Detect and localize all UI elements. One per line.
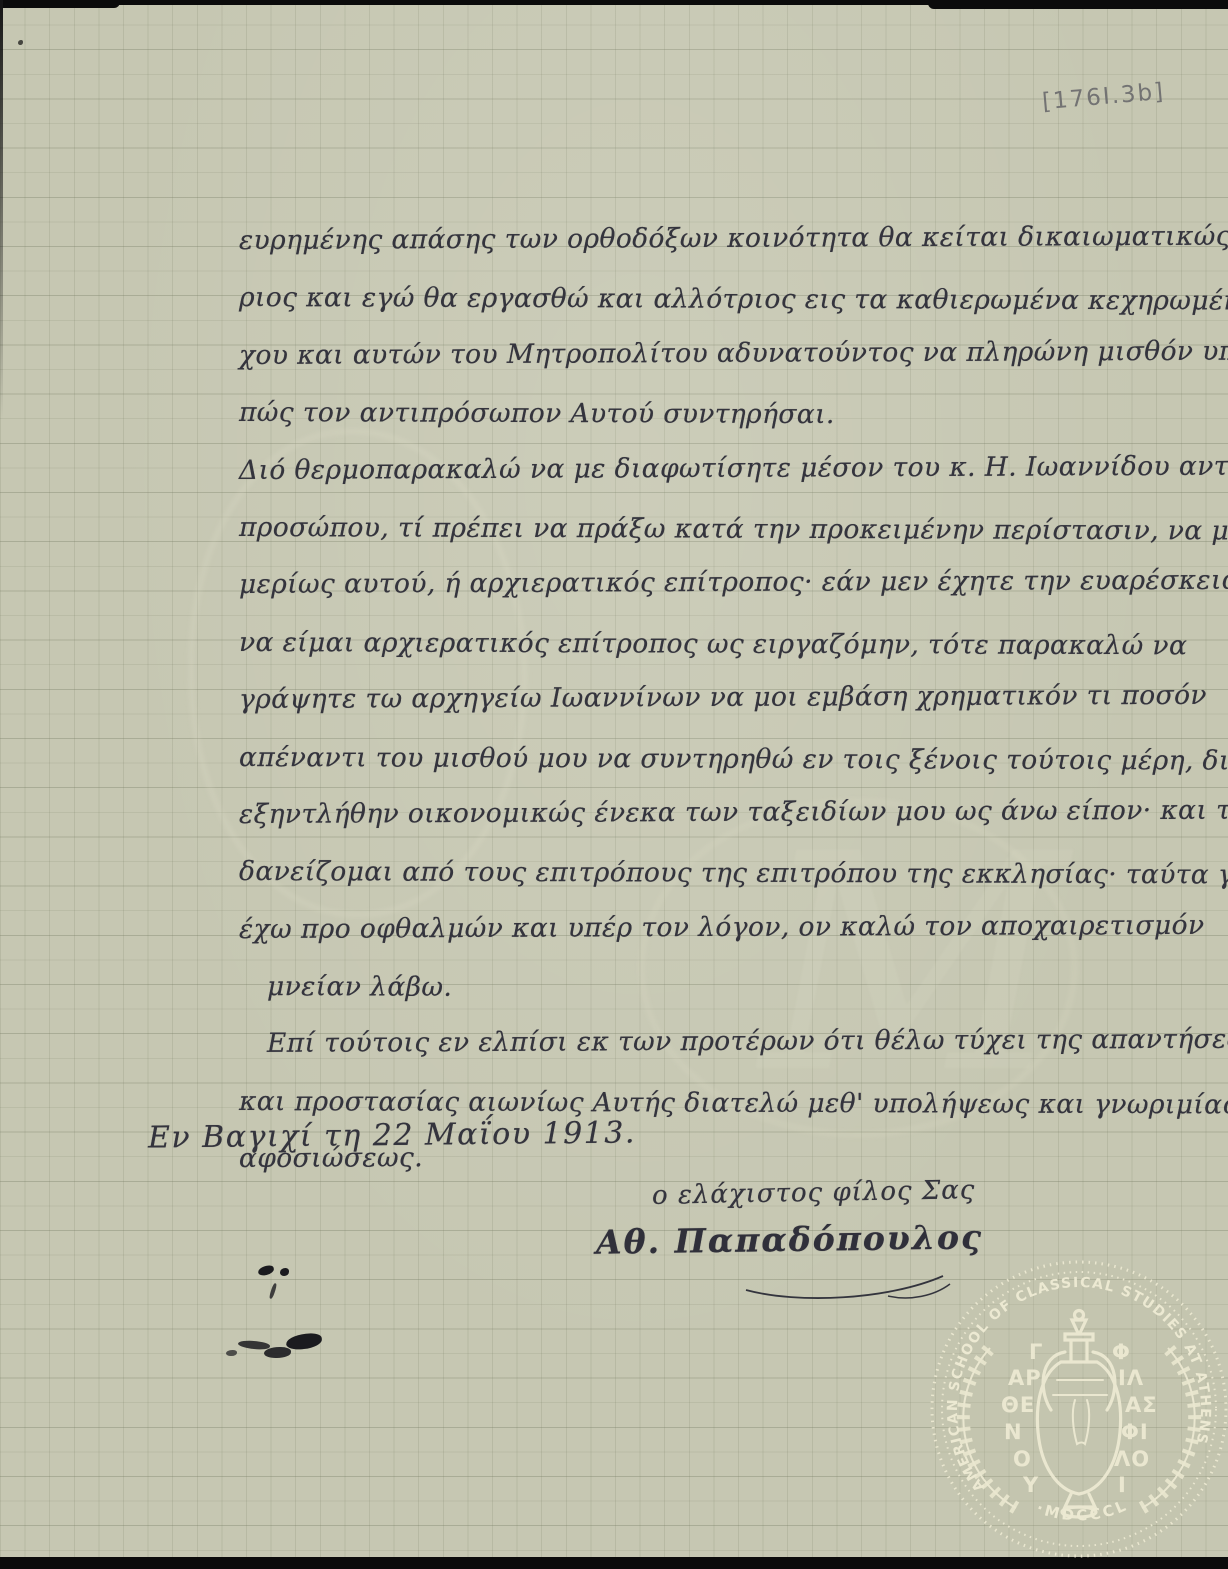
letter-line: έχω προ οφθαλμών και υπέρ τον λόγον, ον …: [239, 896, 1224, 958]
seal-letter: ΙΛ: [1118, 1366, 1144, 1390]
letter-line: χου και αυτών του Μητροπολίτου αδυνατούν…: [239, 322, 1224, 384]
ink-blot: [269, 1283, 278, 1299]
scan-edge-top-left: [0, 0, 120, 8]
letter-body: ευρημένης απάσης των ορθοδόξων κοινότητα…: [239, 212, 1224, 1188]
paper-speck: [18, 40, 23, 45]
letter-line: γράψητε τω αρχηγείω Ιωαννίνων να μοι εμβ…: [239, 667, 1224, 729]
letter-line: Διό θερμοπαρακαλώ να με διαφωτίσητε μέσο…: [239, 437, 1224, 499]
ink-smear: [264, 1347, 291, 1358]
letter-line: ριος και εγώ θα εργασθώ και αλλότριος ει…: [239, 269, 1224, 330]
letter-line: προσώπου, τί πρέπει να πράξω κατά την πρ…: [239, 499, 1224, 560]
letter-dateline: Εν Βαγιχί τη 22 Μαΐου 1913.: [148, 1115, 636, 1155]
seal-letter: Φ: [1112, 1340, 1131, 1364]
seal-letter: Υ: [1022, 1473, 1039, 1497]
letter-line: μνείαν λάβω.: [239, 958, 1224, 1019]
letter-line: εξηντλήθην οικονομικώς ένεκα των ταξειδί…: [239, 782, 1224, 844]
seal-letter: Ι: [1118, 1473, 1127, 1497]
seal-letter: Ν: [1004, 1420, 1023, 1444]
scan-edge-top-right: [928, 0, 1228, 9]
seal-letter: ΛΟ: [1114, 1447, 1150, 1471]
letter-line: ευρημένης απάσης των ορθοδόξων κοινότητα…: [239, 208, 1224, 270]
scanned-letter-page: M [176Ι.3b] ευρημένης απάσης των ορθοδόξ…: [0, 0, 1228, 1569]
ink-smear: [285, 1332, 322, 1351]
seal-letter: ΦΙ: [1121, 1420, 1149, 1444]
letter-signature: Αθ. Παπαδόπουλος: [596, 1217, 984, 1261]
letter-closing: ο ελάχιστος φίλος Σας: [652, 1175, 976, 1211]
letter-line: να είμαι αρχιερατικός επίτροπος ως ειργα…: [239, 614, 1224, 675]
letter-line: Επί τούτοις εν ελπίσι εκ των προτέρων ότ…: [239, 1011, 1224, 1073]
letter-line: απέναντι του μισθού μου να συντηρηθώ εν …: [239, 729, 1224, 790]
letter-line: πώς τον αντιπρόσωπον Αυτού συντηρήσαι.: [239, 384, 1224, 445]
seal-letter: ΑΡ: [1008, 1366, 1042, 1390]
ascsa-seal-stamp: Γ ΑΡ ΘΕ Ν Ο Υ Φ ΙΛ ΑΣ ΦΙ ΛΟ Ι: [928, 1258, 1228, 1560]
ink-blot: [280, 1268, 289, 1276]
seal-letter: Ο: [1013, 1447, 1032, 1471]
seal-letter: Γ: [1029, 1340, 1043, 1364]
seal-letter: ΑΣ: [1125, 1393, 1158, 1417]
ink-smear: [226, 1350, 237, 1356]
seal-letter: ΘΕ: [1001, 1393, 1035, 1417]
scan-edge-left: [0, 0, 3, 420]
ink-blot: [257, 1264, 275, 1276]
letter-line: μερίως αυτού, ή αρχιερατικός επίτροπος· …: [239, 552, 1224, 614]
catalog-annotation: [176Ι.3b]: [1041, 79, 1166, 116]
letter-line: δανείζομαι από τους επιτρόπους της επιτρ…: [239, 843, 1224, 904]
